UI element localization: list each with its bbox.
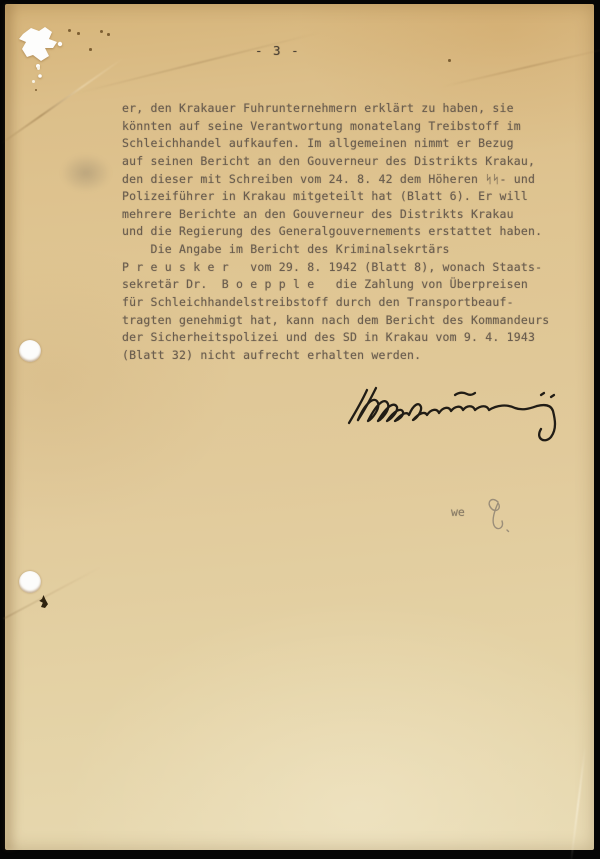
paper-sheet: - 3 - er, den Krakauer Fuhrunternehmern … (5, 4, 594, 850)
body-line: Die Angabe im Bericht des Kriminalsekrtä… (122, 241, 562, 259)
body-line: könnten auf seine Verantwortung monatela… (122, 118, 562, 136)
handwritten-signature (335, 381, 585, 461)
torn-hole (13, 20, 83, 90)
typed-body-text: er, den Krakauer Fuhrunternehmern erklär… (122, 100, 562, 365)
body-line: mehrere Berichte an den Gouverneur des D… (122, 206, 562, 224)
body-line: den dieser mit Schreiben vom 24. 8. 42 d… (122, 171, 562, 189)
body-line: P r e u s k e r vom 29. 8. 1942 (Blatt 8… (122, 259, 562, 277)
paper-speck (89, 48, 92, 51)
body-line: Schleichhandel aufkaufen. Im allgemeinen… (122, 135, 562, 153)
body-line: sekretär Dr. B o e p p l e die Zahlung v… (122, 276, 562, 294)
paper-crease (3, 566, 101, 619)
paper-crease (570, 746, 586, 859)
body-line: er, den Krakauer Fuhrunternehmern erklär… (122, 100, 562, 118)
paper-speck (448, 59, 451, 62)
punch-hole-bottom (19, 571, 41, 593)
handwritten-paraph (478, 494, 518, 539)
ink-blot (38, 595, 48, 608)
document-scan: { "document": { "page_number": "- 3 -", … (0, 0, 600, 859)
body-line: für Schleichhandelstreibstoff durch den … (122, 294, 562, 312)
paper-speck (100, 30, 103, 33)
punch-hole-top (19, 340, 41, 362)
body-line: und die Regierung des Generalgouvernemen… (122, 223, 562, 241)
typist-initials: we (451, 505, 465, 519)
body-line: der Sicherheitspolizei und des SD in Kra… (122, 329, 562, 347)
paper-crease (442, 46, 600, 87)
body-line: Polizeiführer in Krakau mitgeteilt hat (… (122, 188, 562, 206)
paper-speck (107, 33, 110, 36)
body-line: auf seinen Bericht an den Gouverneur des… (122, 153, 562, 171)
paper-crease (77, 32, 320, 94)
smudge-stain (61, 154, 111, 192)
body-line: (Blatt 32) nicht aufrecht erhalten werde… (122, 347, 562, 365)
page-number: - 3 - (255, 43, 300, 58)
edge-shading (5, 4, 19, 850)
body-line: tragten genehmigt hat, kann nach dem Ber… (122, 312, 562, 330)
